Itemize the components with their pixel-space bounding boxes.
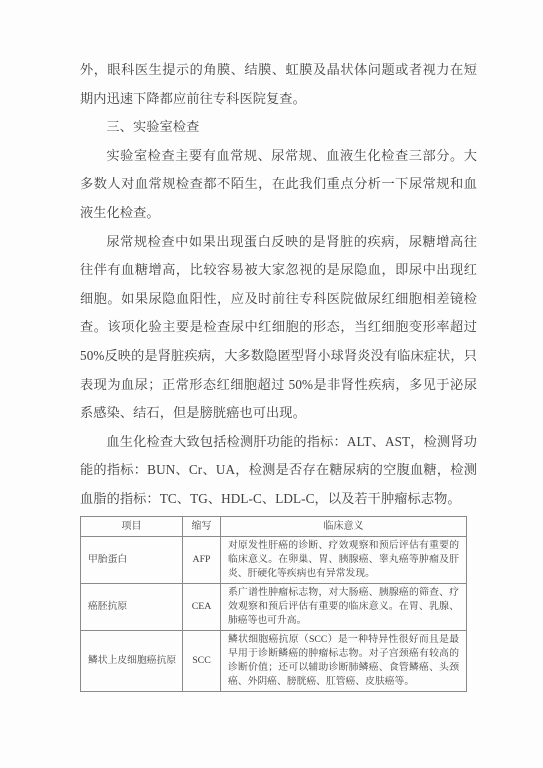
section-heading: 三、实验室检查 <box>80 113 477 142</box>
table-row-afp: 甲胎蛋白 AFP 对原发性肝癌的诊断、疗效观察和预后评估有重要的临床意义。在卵巢… <box>81 536 467 583</box>
cell-item: 癌胚抗原 <box>81 583 183 630</box>
cell-abbr: AFP <box>183 536 221 583</box>
table-header-row: 项目 缩写 临床意义 <box>81 516 467 536</box>
paragraph-continuation: 外，眼科医生提示的角膜、结膜、虹膜及晶状体问题或者视力在短期内迅速下降都应前往专… <box>80 56 477 113</box>
cell-item: 甲胎蛋白 <box>81 536 183 583</box>
cell-abbr: CEA <box>183 583 221 630</box>
table-header-meaning: 临床意义 <box>221 516 467 536</box>
cell-item: 鳞状上皮细胞癌抗原 <box>81 630 183 691</box>
table-row-scc: 鳞状上皮细胞癌抗原 SCC 鳞状细胞癌抗原（SCC）是一种特异性很好而且是最早用… <box>81 630 467 691</box>
table-row-cea: 癌胚抗原 CEA 系广谱性肿瘤标志物，对大肠癌、胰腺癌的筛查、疗效观察和预后评估… <box>81 583 467 630</box>
cell-meaning: 对原发性肝癌的诊断、疗效观察和预后评估有重要的临床意义。在卵巢、胃、胰腺癌、睾丸… <box>221 536 467 583</box>
cell-meaning: 系广谱性肿瘤标志物，对大肠癌、胰腺癌的筛查、疗效观察和预后评估有重要的临床意义。… <box>221 583 467 630</box>
cell-abbr: SCC <box>183 630 221 691</box>
cell-meaning: 鳞状细胞癌抗原（SCC）是一种特异性很好而且是最早用于诊断鳞癌的肿瘤标志物。对子… <box>221 630 467 691</box>
paragraph-urine-test: 尿常规检查中如果出现蛋白反映的是肾脏的疾病，尿糖增高往往伴有血糖增高，比较容易被… <box>80 228 477 428</box>
table-header-abbr: 缩写 <box>183 516 221 536</box>
tumor-marker-table: 项目 缩写 临床意义 甲胎蛋白 AFP 对原发性肝癌的诊断、疗效观察和预后评估有… <box>80 516 467 692</box>
paragraph-blood-biochem: 血生化检查大致包括检测肝功能的指标：ALT、AST，检测肾功能的指标：BUN、C… <box>80 428 477 514</box>
table-header-item: 项目 <box>81 516 183 536</box>
document-page: 外，眼科医生提示的角膜、结膜、虹膜及晶状体问题或者视力在短期内迅速下降都应前往专… <box>80 56 477 692</box>
paragraph-lab-overview: 实验室检查主要有血常规、尿常规、血液生化检查三部分。大多数人对血常规检查都不陌生… <box>80 142 477 228</box>
